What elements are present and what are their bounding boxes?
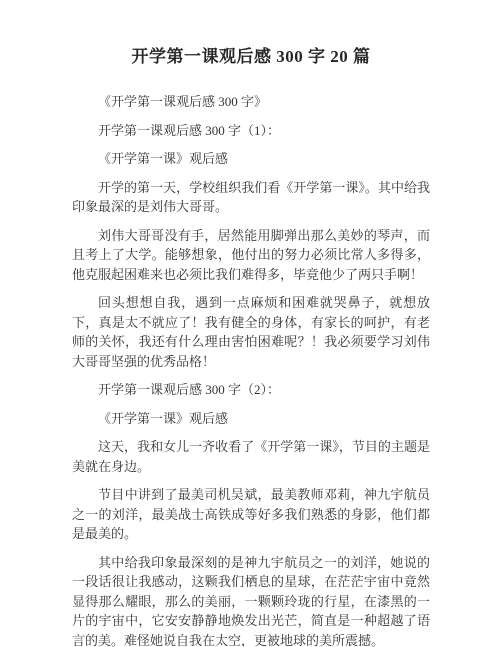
paragraph-section2-body-3: 其中给我印象最深刻的是神九宇航员之一的刘洋，她说的一段话很让我感动，这颗我们栖息… [72, 553, 430, 647]
paragraph-section1-body-1: 开学的第一天，学校组织我们看《开学第一课》。其中给我印象最深的是刘伟大哥哥。 [72, 178, 430, 217]
paragraph-section1-subheading: 《开学第一课》观后感 [72, 149, 430, 169]
paragraph-section2-heading: 开学第一课观后感 300 字（2）： [72, 380, 430, 400]
document-title: 开学第一课观后感 300 字 20 篇 [72, 42, 430, 67]
paragraph-section1-body-2: 刘伟大哥哥没有手，居然能用脚弹出那么美妙的琴声，而且考上了大学。能够想象，他付出… [72, 226, 430, 285]
paragraph-section1-heading: 开学第一课观后感 300 字（1）： [72, 121, 430, 141]
paragraph-section2-body-2: 节目中讲到了最美司机吴斌，最美教师邓莉，神九宇航员之一的刘洋，最美战士高铁成等好… [72, 485, 430, 544]
paragraph-section2-subheading: 《开学第一课》观后感 [72, 409, 430, 429]
paragraph-section2-body-1: 这天，我和女儿一齐收看了《开学第一课》，节目的主题是美就在身边。 [72, 437, 430, 476]
document-page: 开学第一课观后感 300 字 20 篇 《开学第一课观后感 300 字》 开学第… [0, 0, 500, 647]
paragraph-book-title: 《开学第一课观后感 300 字》 [72, 92, 430, 112]
paragraph-section1-body-3: 回头想想自我，遇到一点麻烦和困难就哭鼻子，就想放下，真是太不就应了！我有健全的身… [72, 293, 430, 371]
